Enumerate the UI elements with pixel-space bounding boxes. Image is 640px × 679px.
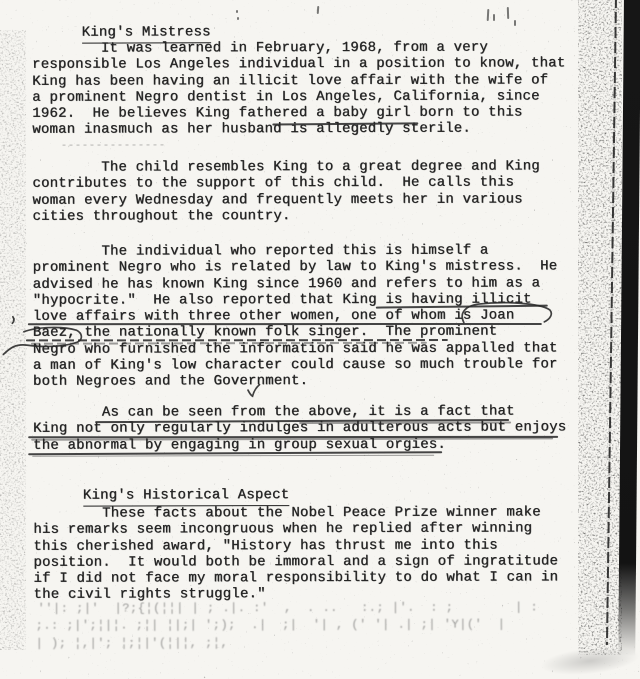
illegible-scan-artifact-line: | ); ¦,|'; ¦;¦|'(¦|¦, ;¦,	[36, 635, 229, 653]
ink-tick-mark	[237, 17, 239, 20]
illegible-scan-artifact-line: ;.: ;|';¦|¦. ;¦| ¦|;| ';); .| ;| '| , ('…	[36, 617, 506, 635]
ink-tick-mark	[493, 14, 495, 21]
ink-tick-mark	[514, 20, 516, 26]
paragraph-as-can-be-seen: As can be seen from the above, it is a f…	[33, 403, 566, 453]
ink-tick-mark	[236, 10, 238, 13]
ink-tick-mark	[507, 7, 509, 19]
illegible-scan-artifact-line: ''|: ;|' |?;{¦(¦¦| | ; .|. :' , . .. :.;…	[38, 599, 539, 617]
paragraph-child-resembles: The child resembles King to a great degr…	[32, 158, 540, 225]
paragraph-nobel-prize: These facts about the Nobel Peace Prize …	[33, 504, 558, 603]
paragraph-individual-reported: The individual who reported this is hims…	[33, 242, 558, 390]
pen-underline-love-affairs	[28, 322, 542, 324]
document-body: King's Mistress It was learned in Februa…	[0, 0, 640, 679]
pen-underline-group-orgies-double	[32, 454, 434, 457]
scanned-document-page: King's Mistress It was learned in Februa…	[0, 0, 640, 679]
pen-comma-mark	[12, 317, 14, 324]
pen-dotted-underline-inasmuch	[62, 144, 167, 146]
